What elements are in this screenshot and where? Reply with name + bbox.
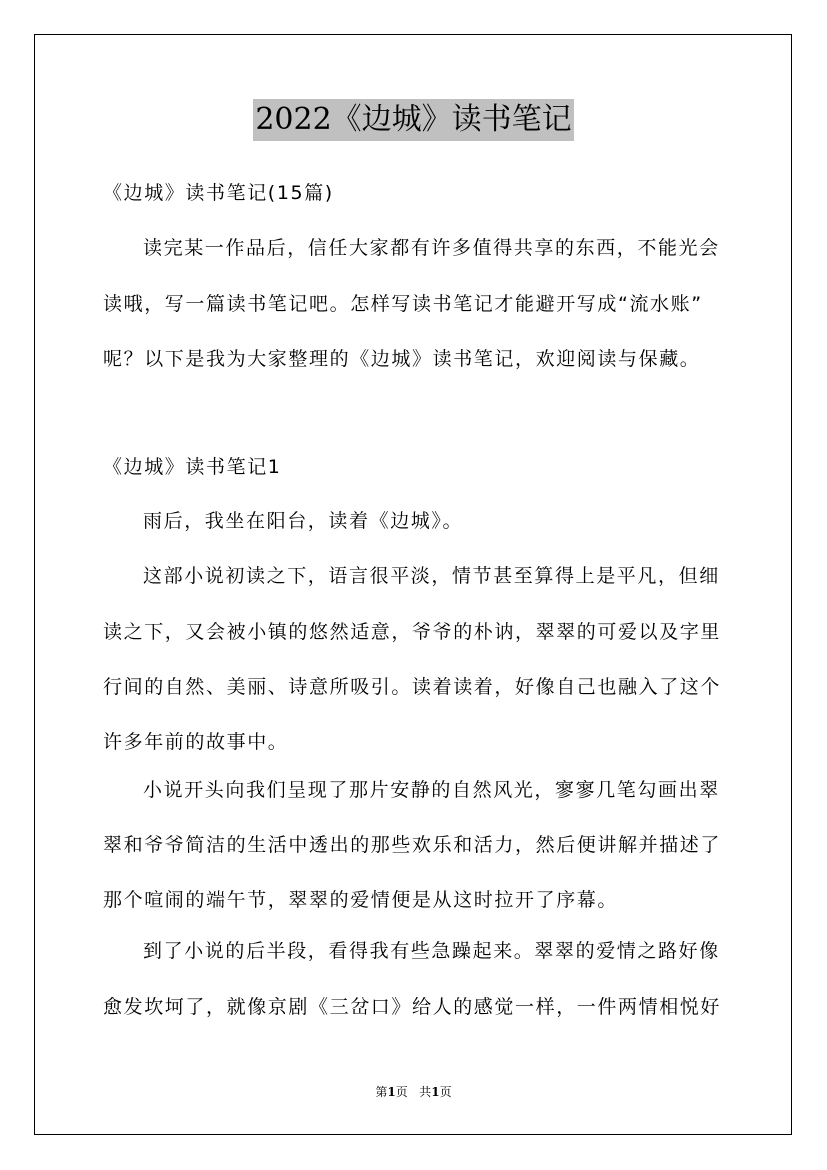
paragraph-line: 雨后，我坐在阳台，读着《边城》。: [143, 509, 767, 533]
paragraph-line: 小说开头向我们呈现了那片安静的自然风光，寥寥几笔勾画出翠: [143, 778, 767, 802]
page-label-suffix: 页: [396, 1085, 408, 1099]
paragraph-line: 到了小说的后半段，看得我有些急躁起来。翠翠的爱情之路好像: [143, 939, 767, 963]
document-title: 2022《边城》读书笔记: [253, 99, 573, 141]
paragraph-line: 这部小说初读之下，语言很平淡，情节甚至算得上是平凡，但细: [143, 564, 767, 588]
paragraph-line: 那个喧闹的端午节，翠翠的爱情便是从这时拉开了序幕。: [103, 888, 727, 912]
intro-line: 读完某一作品后，信任大家都有许多值得共享的东西，不能光会: [143, 236, 767, 260]
paragraph-line: 许多年前的故事中。: [103, 730, 727, 754]
page-footer: 第1页 共1页: [0, 1083, 827, 1100]
page-label-prefix: 第: [375, 1085, 387, 1099]
page-total: 1: [431, 1085, 439, 1099]
document-subtitle: 《边城》读书笔记(15篇): [103, 181, 727, 205]
intro-line: 呢？以下是我为大家整理的《边城》读书笔记，欢迎阅读与保藏。: [103, 347, 727, 371]
paragraph-line: 读之下，又会被小镇的悠然适意，爷爷的朴讷，翠翠的可爱以及字里: [103, 620, 727, 644]
section-heading: 《边城》读书笔记1: [103, 455, 727, 479]
page-current: 1: [387, 1085, 395, 1099]
paragraph-line: 愈发坎坷了，就像京剧《三岔口》给人的感觉一样，一件两情相悦好: [103, 995, 727, 1019]
intro-line: 读哦，写一篇读书笔记吧。怎样写读书笔记才能避开写成“流水账”: [103, 292, 727, 316]
paragraph-line: 翠和爷爷简洁的生活中透出的那些欢乐和活力，然后便讲解并描述了: [103, 833, 727, 857]
total-label-prefix: 共: [419, 1085, 431, 1099]
paragraph-line: 行间的自然、美丽、诗意所吸引。读着读着，好像自己也融入了这个: [103, 675, 727, 699]
total-label-suffix: 页: [440, 1085, 452, 1099]
title-container: 2022《边城》读书笔记: [0, 99, 827, 141]
